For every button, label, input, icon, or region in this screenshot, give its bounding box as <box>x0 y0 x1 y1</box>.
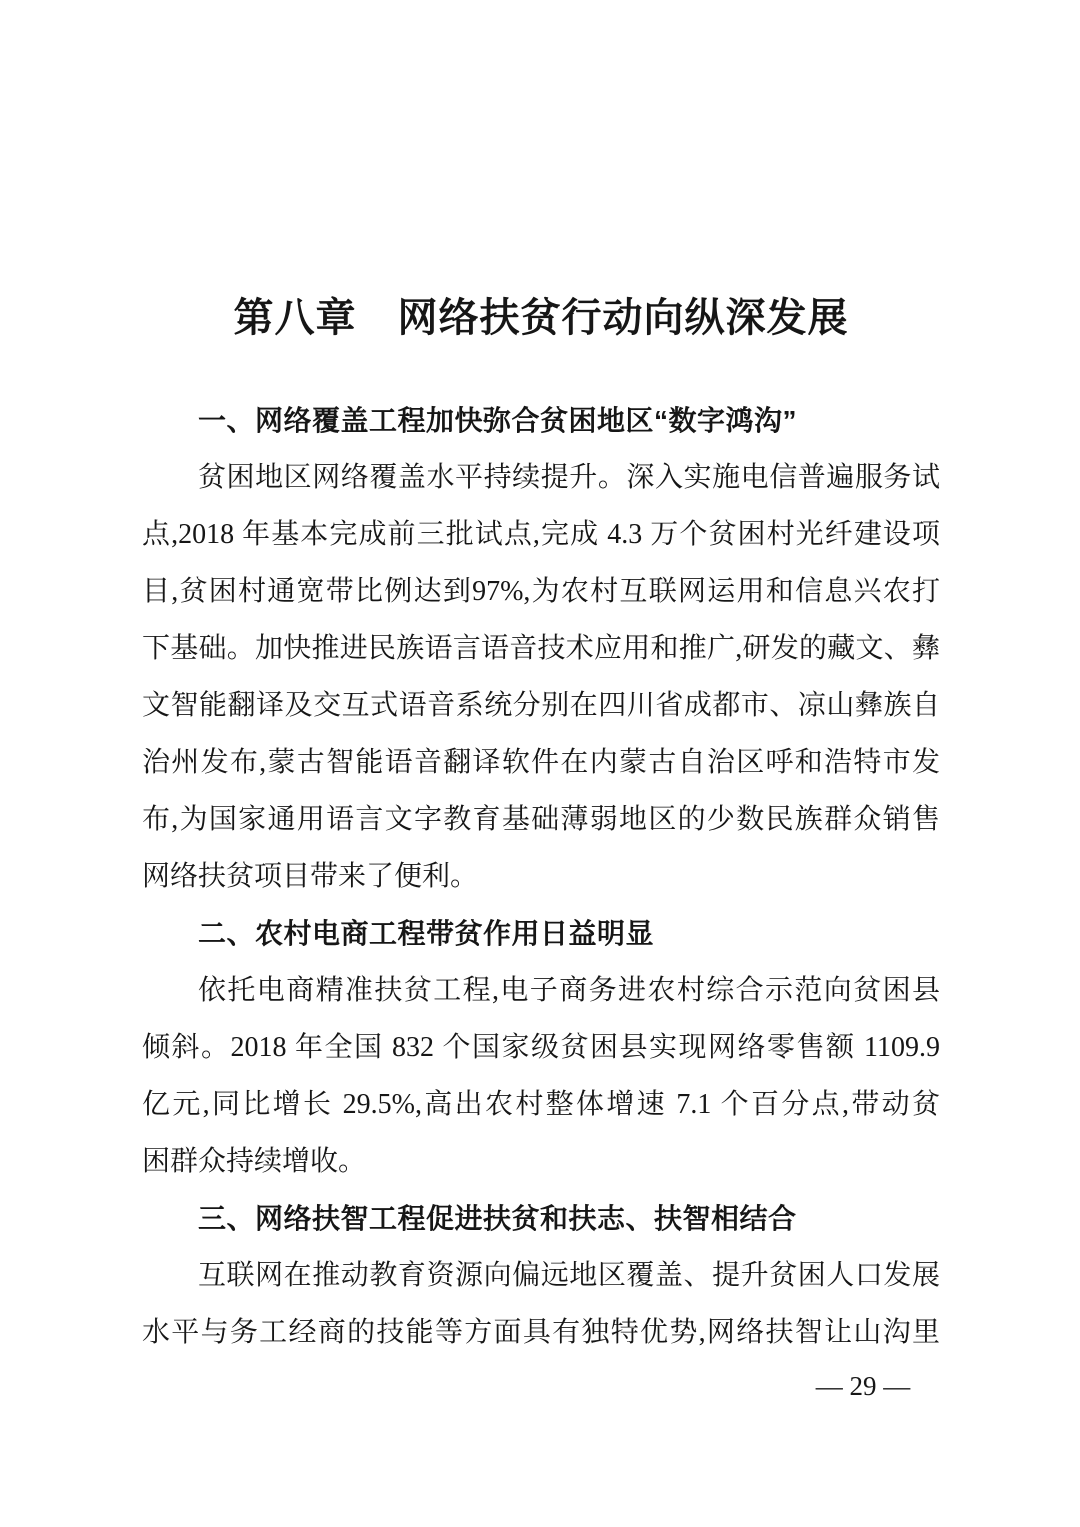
paragraph-line: 亿元,同比增长 29.5%,高出农村整体增速 7.1 个百分点,带动贫 <box>142 1076 940 1133</box>
paragraph: 互联网在推动教育资源向偏远地区覆盖、提升贫困人口发展水平与务工经商的技能等方面具… <box>142 1247 940 1361</box>
chapter-title: 第八章 网络扶贫行动向纵深发展 <box>142 292 940 344</box>
paragraph-line: 依托电商精准扶贫工程,电子商务进农村综合示范向贫困县 <box>142 962 940 1019</box>
paragraph-line: 文智能翻译及交互式语音系统分别在四川省成都市、凉山彝族自 <box>142 677 940 734</box>
section-network-coverage: 一、网络覆盖工程加快弥合贫困地区“数字鸿沟” 贫困地区网络覆盖水平持续提升。深入… <box>142 392 940 905</box>
paragraph: 贫困地区网络覆盖水平持续提升。深入实施电信普遍服务试点,2018 年基本完成前三… <box>142 449 940 905</box>
page-number: — 29 — <box>763 1370 963 1402</box>
paragraph-line: 网络扶贫项目带来了便利。 <box>142 848 940 905</box>
paragraph-line: 困群众持续增收。 <box>142 1133 940 1190</box>
paragraph-line: 互联网在推动教育资源向偏远地区覆盖、提升贫困人口发展 <box>142 1247 940 1304</box>
paragraph-line: 治州发布,蒙古智能语音翻译软件在内蒙古自治区呼和浩特市发 <box>142 734 940 791</box>
paragraph-line: 倾斜。2018 年全国 832 个国家级贫困县实现网络零售额 1109.9 <box>142 1019 940 1076</box>
paragraph-line: 点,2018 年基本完成前三批试点,完成 4.3 万个贫困村光纤建设项 <box>142 506 940 563</box>
paragraph-line: 水平与务工经商的技能等方面具有独特优势,网络扶智让山沟里 <box>142 1304 940 1361</box>
paragraph: 依托电商精准扶贫工程,电子商务进农村综合示范向贫困县倾斜。2018 年全国 83… <box>142 962 940 1190</box>
page-content: 第八章 网络扶贫行动向纵深发展 一、网络覆盖工程加快弥合贫困地区“数字鸿沟” 贫… <box>142 0 940 1361</box>
section-heading-2: 二、农村电商工程带贫作用日益明显 <box>142 905 940 962</box>
document-page: 第八章 网络扶贫行动向纵深发展 一、网络覆盖工程加快弥合贫困地区“数字鸿沟” 贫… <box>0 0 1080 1527</box>
paragraph-line: 目,贫困村通宽带比例达到97%,为农村互联网运用和信息兴农打 <box>142 563 940 620</box>
paragraph-line: 贫困地区网络覆盖水平持续提升。深入实施电信普遍服务试 <box>142 449 940 506</box>
section-heading-3: 三、网络扶智工程促进扶贫和扶志、扶智相结合 <box>142 1190 940 1247</box>
section-heading-1: 一、网络覆盖工程加快弥合贫困地区“数字鸿沟” <box>142 392 940 449</box>
section-network-education: 三、网络扶智工程促进扶贫和扶志、扶智相结合 互联网在推动教育资源向偏远地区覆盖、… <box>142 1190 940 1361</box>
paragraph-line: 下基础。加快推进民族语言语音技术应用和推广,研发的藏文、彝 <box>142 620 940 677</box>
paragraph-line: 布,为国家通用语言文字教育基础薄弱地区的少数民族群众销售 <box>142 791 940 848</box>
section-rural-ecommerce: 二、农村电商工程带贫作用日益明显 依托电商精准扶贫工程,电子商务进农村综合示范向… <box>142 905 940 1190</box>
